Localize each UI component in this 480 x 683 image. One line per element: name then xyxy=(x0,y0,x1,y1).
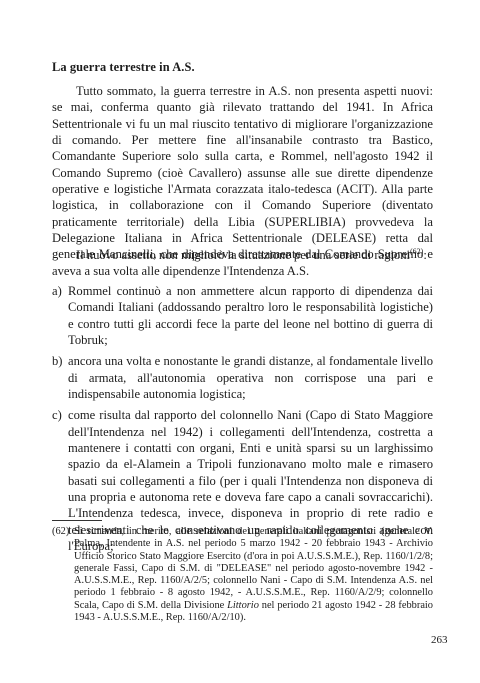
footnote-italic-title: Littorio xyxy=(227,600,259,611)
footnote-separator xyxy=(52,520,102,521)
list-marker: a) xyxy=(52,283,62,299)
footnote-number: (62) xyxy=(52,526,69,538)
paragraph-2-text: Il nuovo assetto non migliorò la situazi… xyxy=(52,247,433,263)
paragraph-2-tail: : xyxy=(423,248,427,262)
footnote-reference[interactable]: (62) xyxy=(410,247,423,256)
list-item-text: ancora una volta e nonostante le grandi … xyxy=(68,354,433,401)
section-heading: La guerra terrestre in A.S. xyxy=(52,60,195,75)
list-item-b: b) ancora una volta e nonostante le gran… xyxy=(52,353,433,402)
paragraph-2: Il nuovo assetto non migliorò la situazi… xyxy=(52,247,433,263)
reasons-list: a) Rommel continuò a non ammettere alcun… xyxy=(52,283,433,555)
footnote-text: Si rimanda, in merito, alle relazioni de… xyxy=(74,526,433,611)
list-item-a: a) Rommel continuò a non ammettere alcun… xyxy=(52,283,433,348)
page-number: 263 xyxy=(431,634,448,646)
paragraph-2-body: Il nuovo assetto non migliorò la situazi… xyxy=(76,248,410,262)
list-item-text: Rommel continuò a non ammettere alcun ra… xyxy=(68,284,433,347)
list-marker: b) xyxy=(52,353,63,369)
footnote-62: (62) Si rimanda, in merito, alle relazio… xyxy=(52,526,433,624)
list-marker: c) xyxy=(52,407,62,423)
